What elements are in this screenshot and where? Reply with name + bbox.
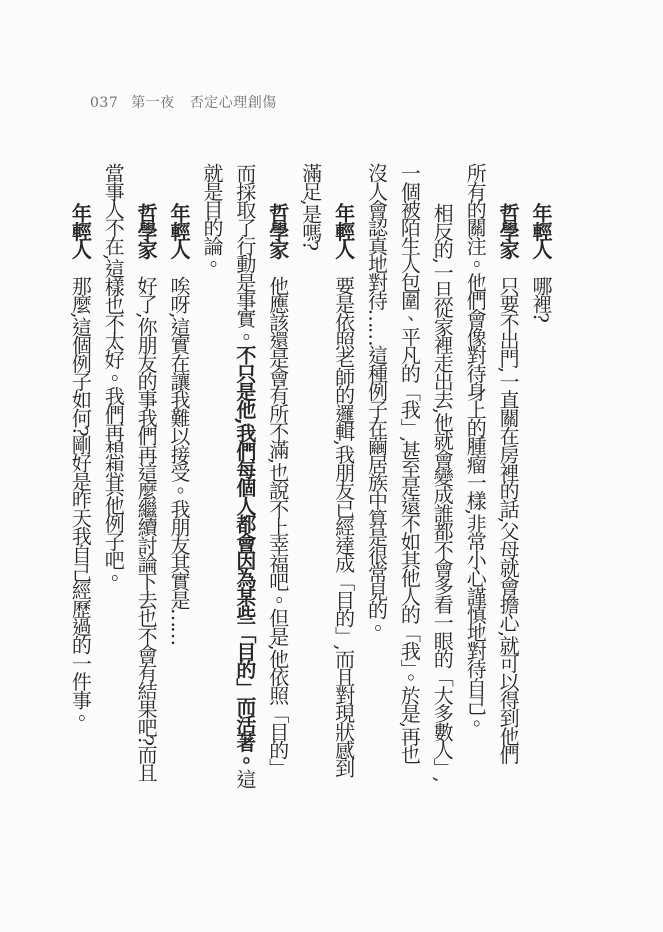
text-column: 哲學家 好了,你朋友的事我們再這麼繼續討論下去也不會有結果吧?而且 bbox=[129, 163, 162, 831]
text-segment: 相反的,一旦從家裡走出去,他就會變成誰都不會多看一眼的「大多數人」, bbox=[430, 203, 454, 781]
text-segment: 好了,你朋友的事我們再這麼繼續討論下去也不會有結果吧?而且 bbox=[134, 258, 158, 781]
text-column: 年輕人 要是依照老師的邏輯,我朋友已經達成「目的」,而且對現狀感到 bbox=[327, 163, 360, 831]
text-segment: 他應該還是會有所不滿,也說不上幸福吧。但是,他依照「目的」 bbox=[266, 258, 290, 777]
text-segment: 那麼,這個例子如何?剛好是昨天我自己經歷過的一件事。 bbox=[68, 258, 92, 726]
text-column: 所有的關注。他們會像對待身上的腫瘤一樣,非常小心謹慎地對待自己。 bbox=[458, 163, 491, 831]
page-number: 037 bbox=[90, 95, 118, 111]
text-column: 年輕人 哪裡? bbox=[524, 163, 557, 831]
book-page: 037第一夜否定心理創傷 年輕人 哪裡?哲學家 只要不出門,一直關在房裡的話,父… bbox=[0, 0, 663, 932]
speaker-name: 年輕人 bbox=[68, 203, 92, 258]
section-title: 第一夜 bbox=[131, 95, 175, 111]
text-column: 而採取了行動是事實。不只是他,我們每個人都會因為某些「目的」而活著。這 bbox=[228, 163, 261, 831]
text-segment: 這 bbox=[233, 769, 257, 787]
text-segment: 不只是他,我們每個人都會因為某些「目的」而活著。 bbox=[233, 345, 257, 769]
text-segment: 滿足,是嗎? bbox=[299, 163, 323, 249]
text-segment: 沒人會認真地對待……這種例子在繭居族中算是很常見的。 bbox=[364, 163, 388, 636]
text-column: 沒人會認真地對待……這種例子在繭居族中算是很常見的。 bbox=[360, 163, 393, 831]
text-segment: 而採取了行動是事實。 bbox=[233, 163, 257, 345]
text-column: 一個被陌生人包圍、平凡的「我」,甚至是遠不如其他人的「我」。於是,再也 bbox=[392, 163, 425, 831]
text-column: 哲學家 只要不出門,一直關在房裡的話,父母就會擔心,就可以得到他們 bbox=[491, 163, 524, 831]
speaker-name: 哲學家 bbox=[496, 203, 520, 258]
text-column: 年輕人 那麼,這個例子如何?剛好是昨天我自己經歷過的一件事。 bbox=[63, 163, 96, 831]
text-column: 就是目的論。 bbox=[195, 163, 228, 831]
text-column: 年輕人 唉呀,這實在讓我難以接受。我朋友其實是…… bbox=[162, 163, 195, 831]
text-segment: 哪裡? bbox=[529, 258, 553, 322]
text-segment: 要是依照老師的邏輯,我朋友已經達成「目的」,而且對現狀感到 bbox=[332, 258, 356, 777]
text-column: 相反的,一旦從家裡走出去,他就會變成誰都不會多看一眼的「大多數人」, bbox=[425, 163, 458, 831]
text-column: 哲學家 他應該還是會有所不滿,也說不上幸福吧。但是,他依照「目的」 bbox=[261, 163, 294, 831]
text-segment: 一個被陌生人包圍、平凡的「我」,甚至是遠不如其他人的「我」。於是,再也 bbox=[397, 163, 421, 763]
page-header: 037第一夜否定心理創傷 bbox=[90, 92, 277, 112]
text-column: 滿足,是嗎? bbox=[294, 163, 327, 831]
speaker-name: 哲學家 bbox=[134, 203, 158, 258]
text-segment: 就是目的論。 bbox=[200, 163, 224, 272]
chapter-title: 否定心理創傷 bbox=[190, 95, 277, 111]
text-segment: 當事人不在,這樣也不太好。我們再想想其他例子吧。 bbox=[101, 163, 125, 586]
speaker-name: 哲學家 bbox=[266, 203, 290, 258]
text-column: 當事人不在,這樣也不太好。我們再想想其他例子吧。 bbox=[96, 163, 129, 831]
speaker-name: 年輕人 bbox=[529, 203, 553, 258]
text-block: 年輕人 哪裡?哲學家 只要不出門,一直關在房裡的話,父母就會擔心,就可以得到他們… bbox=[63, 163, 557, 831]
text-segment: 唉呀,這實在讓我難以接受。我朋友其實是…… bbox=[167, 258, 191, 645]
speaker-name: 年輕人 bbox=[332, 203, 356, 258]
text-segment: 所有的關注。他們會像對待身上的腫瘤一樣,非常小心謹慎地對待自己。 bbox=[463, 163, 487, 732]
speaker-name: 年輕人 bbox=[167, 203, 191, 258]
text-segment: 只要不出門,一直關在房裡的話,父母就會擔心,就可以得到他們 bbox=[496, 258, 520, 763]
